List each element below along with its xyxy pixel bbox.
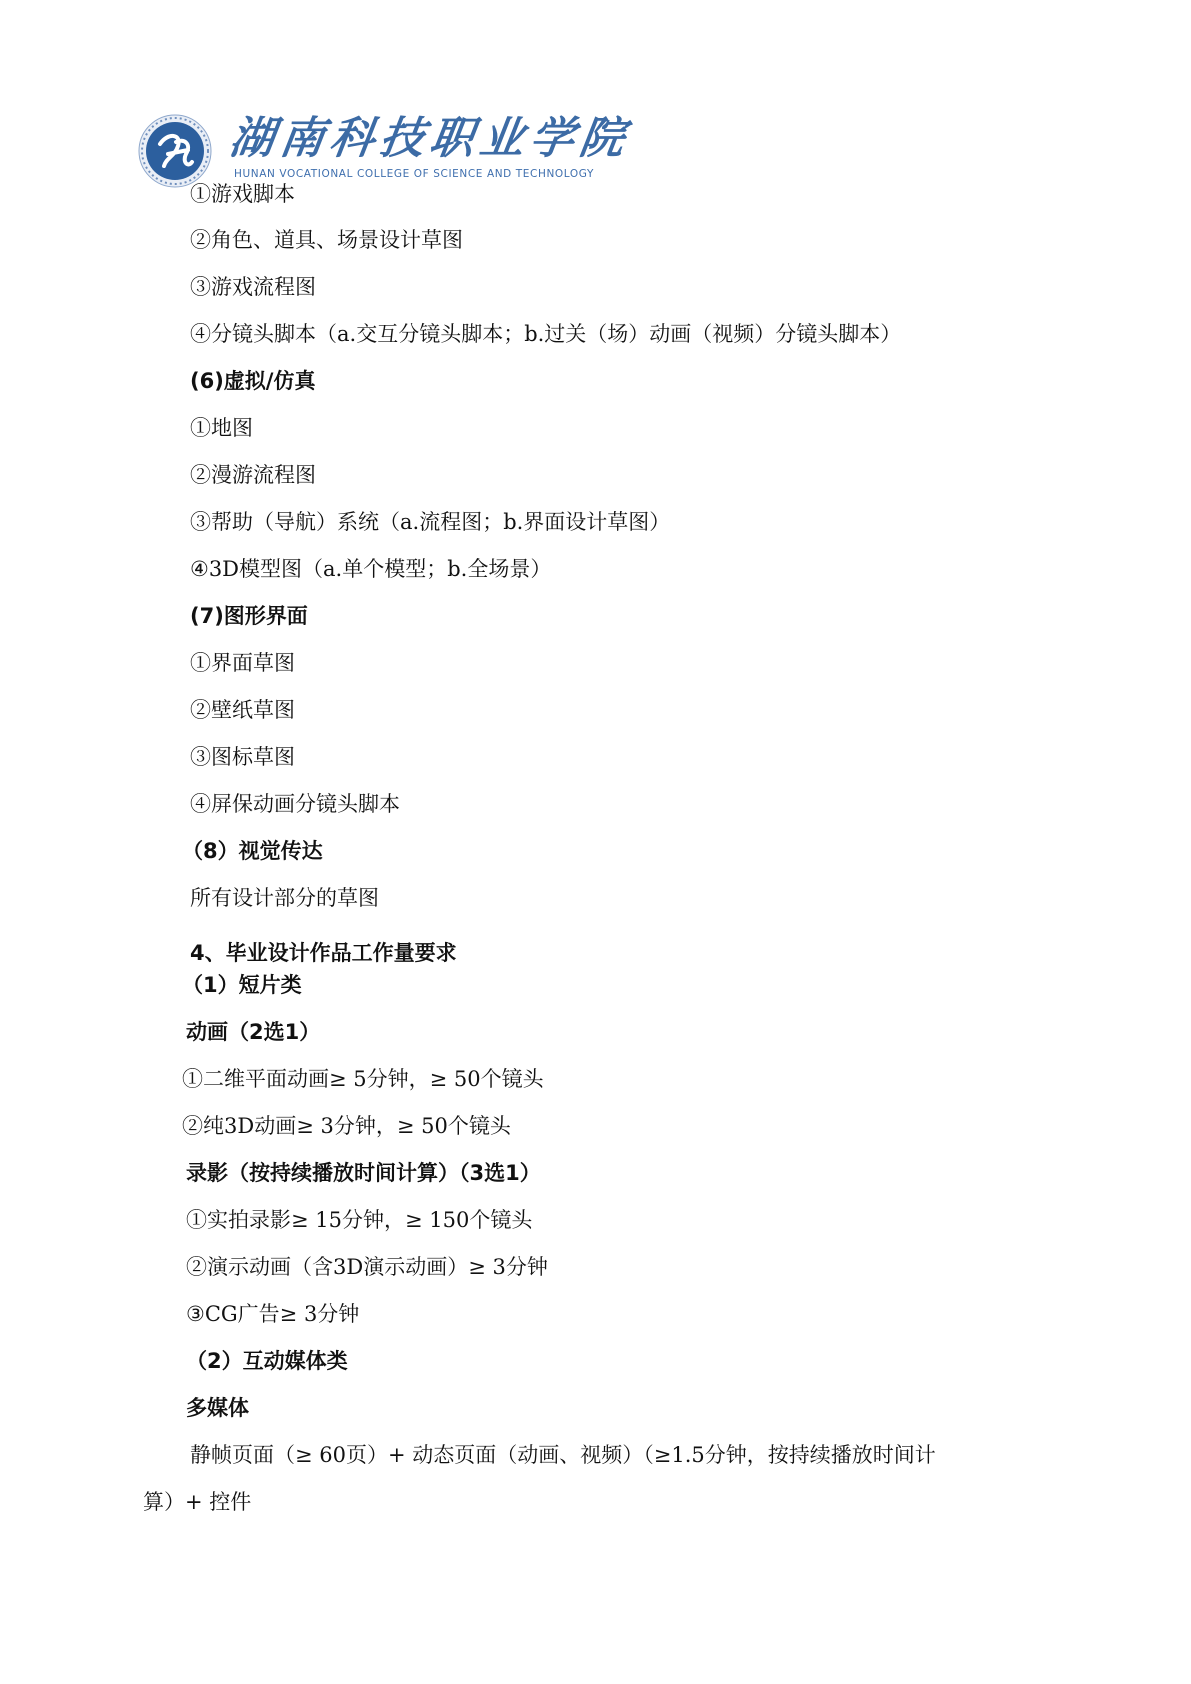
list-item: ③游戏流程图 — [190, 273, 316, 301]
section-heading: 动画（2选1） — [186, 1018, 320, 1046]
college-name-cn: 湖南科技职业学院 — [226, 114, 633, 164]
section-heading: (7)图形界面 — [190, 602, 308, 630]
section-heading: （8）视觉传达 — [182, 837, 323, 865]
section-heading: （2）互动媒体类 — [186, 1347, 348, 1375]
list-item: 算）+ 控件 — [143, 1488, 251, 1516]
list-item: ②纯3D动画≥ 3分钟，≥ 50个镜头 — [182, 1112, 511, 1140]
list-item: ③CG广告≥ 3分钟 — [186, 1300, 359, 1328]
list-item: ④屏保动画分镜头脚本 — [190, 790, 400, 818]
list-item: 静帧页面（≥ 60页）+ 动态页面（动画、视频）（≥1.5分钟，按持续播放时间计 — [190, 1441, 936, 1469]
list-item: ③帮助（导航）系统（a.流程图；b.界面设计草图） — [190, 508, 670, 536]
list-item: ①二维平面动画≥ 5分钟，≥ 50个镜头 — [182, 1065, 544, 1093]
college-name-en: HUNAN VOCATIONAL COLLEGE OF SCIENCE AND … — [234, 168, 594, 180]
list-item: ①地图 — [190, 414, 253, 442]
section-heading: （1）短片类 — [182, 971, 302, 999]
list-item: ①界面草图 — [190, 649, 295, 677]
list-item: ②漫游流程图 — [190, 461, 316, 489]
college-emblem-icon — [138, 114, 212, 188]
list-item: ①实拍录影≥ 15分钟，≥ 150个镜头 — [186, 1206, 532, 1234]
list-item: ④分镜头脚本（a.交互分镜头脚本；b.过关（场）动画（视频）分镜头脚本） — [190, 320, 901, 348]
list-item: ④3D模型图（a.单个模型；b.全场景） — [190, 555, 551, 583]
list-item: ②壁纸草图 — [190, 696, 295, 724]
list-item: ③图标草图 — [190, 743, 295, 771]
section-heading: 4、毕业设计作品工作量要求 — [190, 939, 457, 967]
college-logo: 湖南科技职业学院 HUNAN VOCATIONAL COLLEGE OF SCI… — [138, 112, 618, 190]
list-item: ①游戏脚本 — [190, 180, 295, 208]
list-item: ②演示动画（含3D演示动画）≥ 3分钟 — [186, 1253, 548, 1281]
list-item: 所有设计部分的草图 — [190, 884, 379, 912]
section-heading: (6)虚拟/仿真 — [190, 367, 315, 395]
list-item: ②角色、道具、场景设计草图 — [190, 226, 463, 254]
section-heading: 多媒体 — [186, 1394, 249, 1422]
section-heading: 录影（按持续播放时间计算）（3选1） — [186, 1159, 541, 1187]
